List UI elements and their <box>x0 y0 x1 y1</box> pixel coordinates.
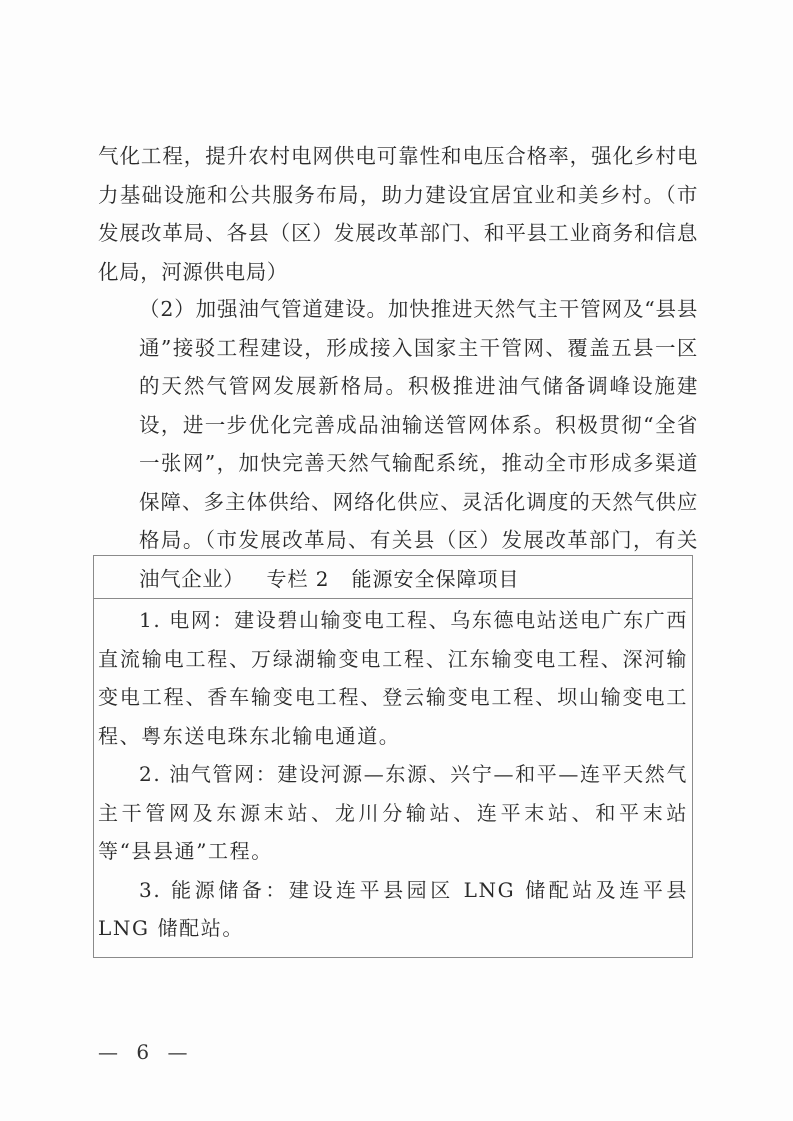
column-item-oil-gas-network: 2. 油气管网：建设河源—东源、兴宁—和平—连平天然气主干管网及东源末站、龙川分… <box>98 755 688 871</box>
column-box-title: 能源安全保障项目 <box>352 563 520 592</box>
paragraph-text: 气化工程，提升农村电网供电可靠性和电压合格率，强化乡村电力基础设施和公共服务布局… <box>98 144 698 284</box>
column-box-label: 专栏 2 <box>266 563 329 592</box>
document-page: 气化工程，提升农村电网供电可靠性和电压合格率，强化乡村电力基础设施和公共服务布局… <box>0 0 793 1121</box>
column-item-energy-storage: 3. 能源储备：建设连平县园区 LNG 储配站及连平县 LNG 储配站。 <box>98 871 688 948</box>
paragraph-text: 加强油气管道建设。加快推进天然气主干管网及“县县通”接驳工程建设，形成接入国家主… <box>139 297 698 591</box>
column-box-body: 1. 电网：建设碧山输变电工程、乌东德电站送电广东广西直流输电工程、万绿湖输变电… <box>94 599 692 948</box>
paragraph-continued: 气化工程，提升农村电网供电可靠性和电压合格率，强化乡村电力基础设施和公共服务布局… <box>98 137 698 291</box>
paragraph-number: （2） <box>139 297 196 321</box>
column-box-header: 专栏 2 能源安全保障项目 <box>94 556 692 599</box>
paragraph-oil-gas-pipeline: （2）加强油气管道建设。加快推进天然气主干管网及“县县通”接驳工程建设，形成接入… <box>98 290 698 598</box>
column-item-power-grid: 1. 电网：建设碧山输变电工程、乌东德电站送电广东广西直流输电工程、万绿湖输变电… <box>98 601 688 755</box>
page-number: — 6 — <box>98 1040 193 1064</box>
column-box-energy-security: 专栏 2 能源安全保障项目 1. 电网：建设碧山输变电工程、乌东德电站送电广东广… <box>93 555 693 958</box>
